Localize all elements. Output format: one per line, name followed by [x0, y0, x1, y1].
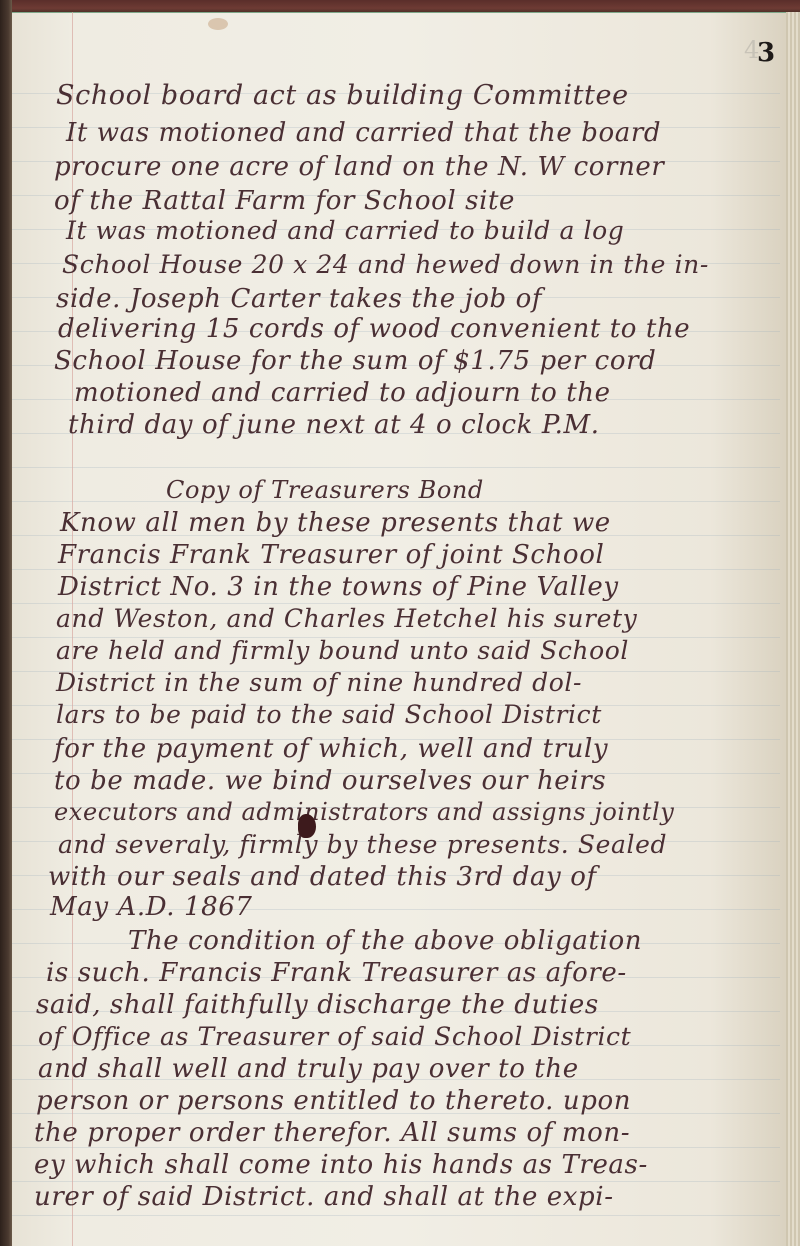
- text-line: is such. Francis Frank Treasurer as afor…: [46, 958, 627, 988]
- text-line: May A.D. 1867: [50, 892, 253, 922]
- text-line: It was motioned and carried to build a l…: [66, 216, 624, 245]
- ink-blot: [298, 814, 316, 838]
- text-line: the proper order therefor. All sums of m…: [34, 1118, 630, 1148]
- text-line: School board act as building Committee: [56, 80, 629, 111]
- text-line: of the Rattal Farm for School site: [54, 186, 515, 216]
- text-line: executors and administrators and assigns…: [54, 798, 674, 826]
- text-line: lars to be paid to the said School Distr…: [56, 700, 602, 729]
- text-line: School House 20 x 24 and hewed down in t…: [62, 250, 709, 279]
- text-line: delivering 15 cords of wood convenient t…: [58, 314, 690, 344]
- page-edges: [786, 12, 800, 1246]
- text-line: third day of june next at 4 o clock P.M.: [68, 410, 600, 440]
- text-line: with our seals and dated this 3rd day of: [48, 862, 597, 892]
- text-line: The condition of the above obligation: [128, 926, 642, 956]
- text-line: person or persons entitled to thereto. u…: [36, 1086, 631, 1116]
- text-line: and shall well and truly pay over to the: [38, 1054, 579, 1084]
- text-line: It was motioned and carried that the boa…: [66, 118, 661, 148]
- text-line: and Weston, and Charles Hetchel his sure…: [56, 604, 637, 633]
- text-line: Francis Frank Treasurer of joint School: [58, 540, 604, 570]
- text-line: ey which shall come into his hands as Tr…: [34, 1150, 648, 1180]
- text-line: procure one acre of land on the N. W cor…: [54, 152, 664, 182]
- text-line: District No. 3 in the towns of Pine Vall…: [58, 572, 619, 602]
- page-number: 3: [757, 38, 775, 68]
- book-spine: [0, 0, 12, 1246]
- text-line: District in the sum of nine hundred dol-: [56, 668, 582, 697]
- ledger-scan: 4 3 School board act as building Committ…: [0, 0, 800, 1246]
- text-line: are held and firmly bound unto said Scho…: [56, 636, 629, 665]
- text-line: said, shall faithfully discharge the dut…: [36, 990, 599, 1020]
- paper-stain: [208, 18, 228, 30]
- text-line: Know all men by these presents that we: [60, 508, 611, 538]
- text-line: urer of said District. and shall at the …: [34, 1182, 614, 1212]
- text-line: side. Joseph Carter takes the job of: [56, 284, 542, 314]
- text-line: for the payment of which, well and truly: [54, 734, 608, 764]
- text-line: of Office as Treasurer of said School Di…: [38, 1022, 631, 1051]
- text-line: motioned and carried to adjourn to the: [74, 378, 611, 408]
- text-line: School House for the sum of $1.75 per co…: [54, 346, 656, 376]
- section-heading: Copy of Treasurers Bond: [166, 476, 484, 504]
- text-line: to be made. we bind ourselves our heirs: [54, 766, 606, 796]
- text-line: and severaly, firmly by these presents. …: [58, 830, 667, 859]
